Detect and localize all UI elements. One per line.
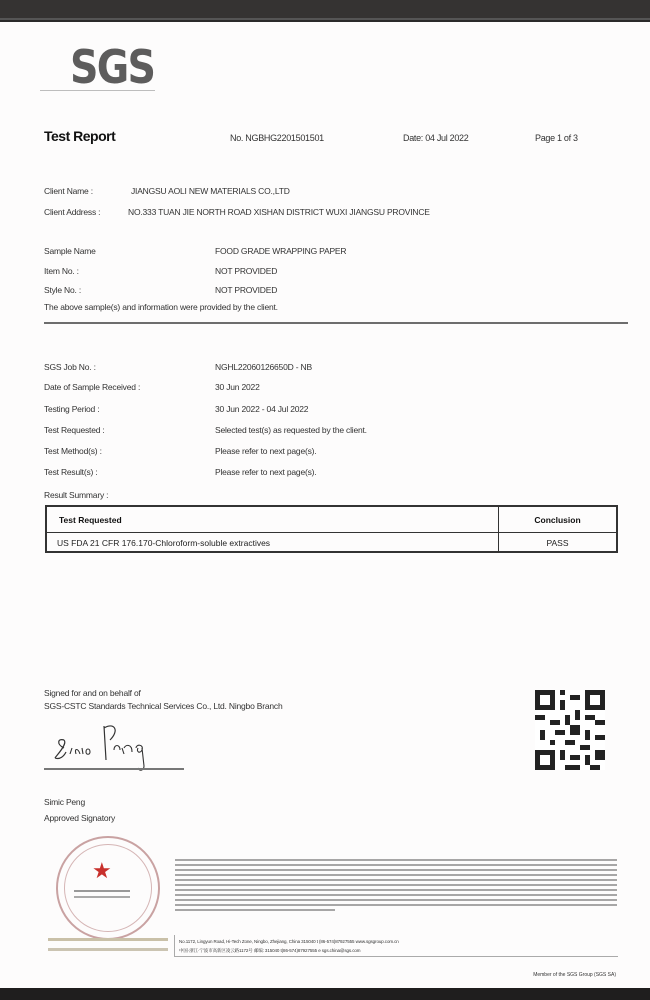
- qr-code: [535, 690, 605, 770]
- footer-address-en: No.1172, Lingyun Road, Hi-Tech Zone, Nin…: [179, 939, 399, 944]
- test-result-value: Please refer to next page(s).: [215, 467, 316, 477]
- test-method-value: Please refer to next page(s).: [215, 446, 316, 456]
- signed-company-line: SGS-CSTC Standards Technical Services Co…: [44, 701, 283, 711]
- report-number: No. NGBHG2201501501: [230, 133, 324, 143]
- sample-name-value: FOOD GRADE WRAPPING PAPER: [215, 246, 346, 256]
- style-no-label: Style No. :: [44, 285, 81, 295]
- bottom-dark-bar: [0, 988, 650, 1000]
- test-requested-label: Test Requested :: [44, 425, 105, 435]
- sample-note: The above sample(s) and information were…: [44, 302, 278, 312]
- header-conclusion: Conclusion: [499, 507, 616, 532]
- page-title: Test Report: [44, 128, 115, 144]
- page-indicator: Page 1 of 3: [535, 133, 578, 143]
- top-dark-bar: [0, 0, 650, 20]
- terms-fine-print-end: [175, 909, 335, 911]
- date-received-label: Date of Sample Received :: [44, 382, 140, 392]
- client-address-label: Client Address :: [44, 207, 100, 217]
- seal-caption: [48, 938, 168, 941]
- cell-conclusion: PASS: [499, 533, 616, 552]
- testing-period-label: Testing Period :: [44, 404, 99, 414]
- client-name-value: JIANGSU AOLI NEW MATERIALS CO.,LTD: [131, 186, 290, 196]
- seal-text: [74, 890, 130, 892]
- footer-address-cn: 中国·浙江·宁波市高新区凌云路1172号 邮编: 315040 t(86-574…: [179, 948, 360, 954]
- header-test-requested: Test Requested: [47, 507, 499, 532]
- signatory-role: Approved Signatory: [44, 813, 115, 823]
- logo-underline: [40, 90, 155, 91]
- signature-image: [52, 718, 162, 773]
- job-no-label: SGS Job No. :: [44, 362, 96, 372]
- section-divider: [44, 322, 628, 324]
- test-requested-value: Selected test(s) as requested by the cli…: [215, 425, 367, 435]
- signature-line: [44, 768, 184, 770]
- job-no-value: NGHL22060126650D - NB: [215, 362, 312, 372]
- table-header-row: Test Requested Conclusion: [47, 507, 616, 533]
- client-name-label: Client Name :: [44, 186, 93, 196]
- footer-address-box: No.1172, Lingyun Road, Hi-Tech Zone, Nin…: [174, 935, 618, 957]
- date-received-value: 30 Jun 2022: [215, 382, 260, 392]
- sgs-member-note: Member of the SGS Group (SGS SA): [533, 972, 616, 978]
- result-summary-label: Result Summary :: [44, 490, 108, 500]
- signatory-name: Simic Peng: [44, 797, 85, 807]
- client-address-value: NO.333 TUAN JIE NORTH ROAD XISHAN DISTRI…: [128, 207, 430, 217]
- terms-fine-print: [175, 859, 617, 909]
- cell-test-name: US FDA 21 CFR 176.170-Chloroform-soluble…: [47, 533, 499, 552]
- style-no-value: NOT PROVIDED: [215, 285, 277, 295]
- signed-behalf-line: Signed for and on behalf of: [44, 688, 141, 698]
- sample-name-label: Sample Name: [44, 246, 96, 256]
- star-icon: ★: [92, 860, 112, 882]
- table-row: US FDA 21 CFR 176.170-Chloroform-soluble…: [47, 533, 616, 552]
- report-date: Date: 04 Jul 2022: [403, 133, 468, 143]
- test-method-label: Test Method(s) :: [44, 446, 102, 456]
- official-seal: ★: [56, 836, 160, 940]
- testing-period-value: 30 Jun 2022 - 04 Jul 2022: [215, 404, 308, 414]
- sgs-logo: SGS: [70, 40, 154, 94]
- item-no-label: Item No. :: [44, 266, 79, 276]
- item-no-value: NOT PROVIDED: [215, 266, 277, 276]
- result-summary-table: Test Requested Conclusion US FDA 21 CFR …: [45, 505, 618, 553]
- test-result-label: Test Result(s) :: [44, 467, 97, 477]
